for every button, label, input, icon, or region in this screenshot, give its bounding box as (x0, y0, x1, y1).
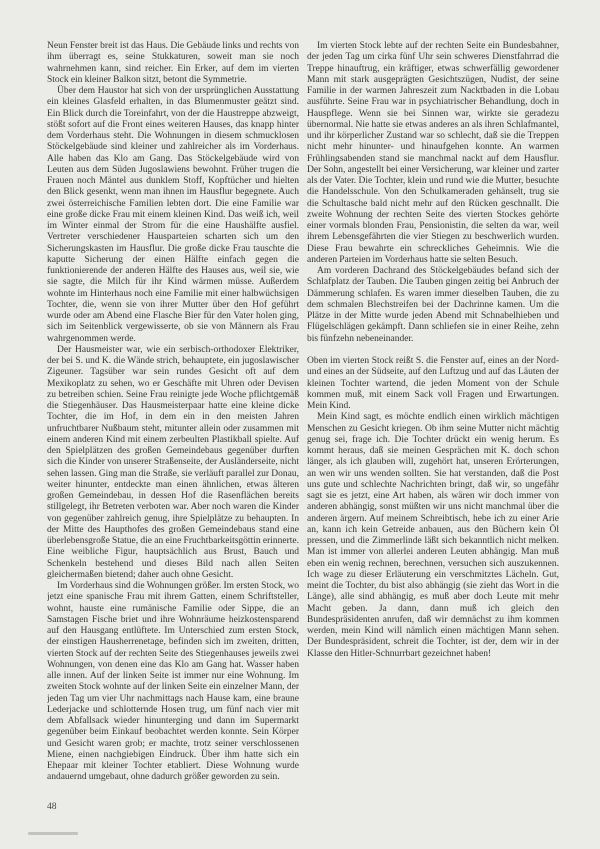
text-columns: Neun Fenster breit ist das Haus. Die Geb… (47, 41, 559, 797)
paragraph-courtyard-building: Über dem Haustor hat sich von der ursprü… (47, 86, 299, 345)
paragraph-front-house-flats: Im Vorderhaus sind die Wohnungen größer.… (47, 581, 299, 784)
paragraph-pigeons: Am vorderen Dachrand des Stöckelgebäudes… (307, 266, 559, 345)
page-number: 48 (47, 802, 57, 812)
paragraph-railwayman-family: Im vierten Stock lebte auf der rechten S… (307, 41, 559, 266)
paragraph-caretaker: Der Hausmeister war, wie ein serbisch-or… (47, 345, 299, 581)
paragraph-house-facade: Neun Fenster breit ist das Haus. Die Geb… (47, 41, 299, 86)
paragraph-fourth-floor-windows: Oben im vierten Stock reißt S. die Fenst… (307, 356, 559, 412)
paragraph-child-powerful-man: Mein Kind sagt, es möchte endlich einen … (307, 412, 559, 660)
scan-artifact-mark (28, 832, 78, 835)
book-page: Neun Fenster breit ist das Haus. Die Geb… (0, 0, 600, 849)
